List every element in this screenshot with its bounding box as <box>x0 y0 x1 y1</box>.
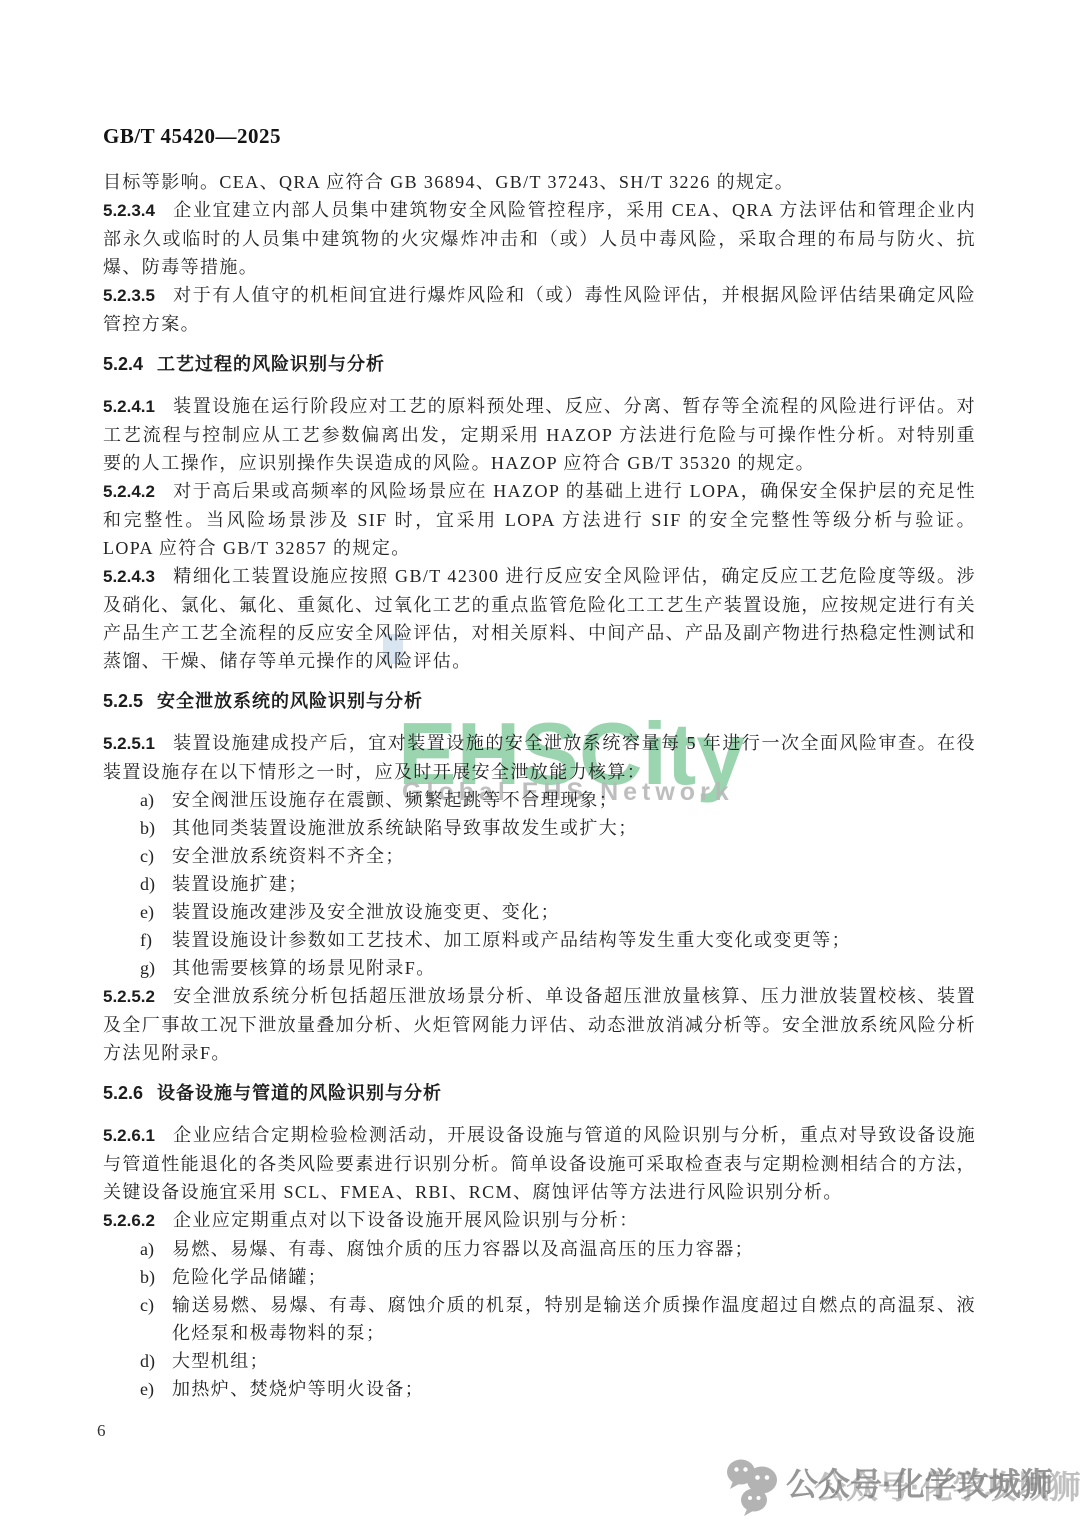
list-item: b)危险化学品储罐； <box>103 1263 976 1291</box>
list-item-letter: f) <box>140 926 152 954</box>
section-heading-5-2-5: 5.2.5安全泄放系统的风险识别与分析 <box>103 687 976 715</box>
clause-text: 安全泄放系统分析包括超压泄放场景分析、单设备超压泄放量核算、压力泄放装置校核、装… <box>103 986 976 1063</box>
list-item-text: 装置设施设计参数如工艺技术、加工原料或产品结构等发生重大变化或变更等； <box>172 930 851 950</box>
scanned-standard-page: EHSCity Global EHS Network GB/T 45420—20… <box>0 0 1080 1527</box>
list-item-letter: d) <box>140 870 155 898</box>
clause-number: 5.2.6.1 <box>103 1126 155 1145</box>
list-item: g)其他需要核算的场景见附录F。 <box>103 954 976 982</box>
heading-title: 安全泄放系统的风险识别与分析 <box>157 691 423 711</box>
list-5-2-5-1: a)安全阀泄压设施存在震颤、频繁起跳等不合理现象； b)其他同类装置设施泄放系统… <box>103 786 976 982</box>
list-item: e)加热炉、焚烧炉等明火设备； <box>103 1375 976 1403</box>
clause-5-2-5-1: 5.2.5.1装置设施建成投产后，宜对装置设施的安全泄放系统容量每 5 年进行一… <box>103 729 976 786</box>
list-item-letter: b) <box>140 1263 155 1291</box>
list-item: b)其他同类装置设施泄放系统缺陷导致事故发生或扩大； <box>103 814 976 842</box>
clause-number: 5.2.6.2 <box>103 1211 155 1230</box>
list-item-letter: d) <box>140 1347 155 1375</box>
list-item-text: 装置设施改建涉及安全泄放设施变更、变化； <box>172 902 560 922</box>
list-item-text: 大型机组； <box>172 1351 269 1371</box>
standard-number: GB/T 45420—2025 <box>103 125 976 147</box>
clause-5-2-3-5: 5.2.3.5对于有人值守的机柜间宜进行爆炸风险和（或）毒性风险评估，并根据风险… <box>103 281 976 338</box>
clause-text: 精细化工装置设施应按照 GB/T 42300 进行反应安全风险评估，确定反应工艺… <box>103 566 976 671</box>
clause-number: 5.2.5.1 <box>103 734 155 753</box>
clause-5-2-6-2: 5.2.6.2企业应定期重点对以下设备设施开展风险识别与分析： <box>103 1206 976 1235</box>
list-item-text: 危险化学品储罐； <box>172 1267 327 1287</box>
list-item-text: 加热炉、焚烧炉等明火设备； <box>172 1379 424 1399</box>
clause-number: 5.2.4.1 <box>103 397 155 416</box>
list-item: a)安全阀泄压设施存在震颤、频繁起跳等不合理现象； <box>103 786 976 814</box>
wechat-watermark-text: 公众号·化学攻城狮 公众号·化学攻城狮 <box>786 1456 1080 1516</box>
clause-number: 5.2.4.2 <box>103 482 155 501</box>
clause-text: 对于有人值守的机柜间宜进行爆炸风险和（或）毒性风险评估，并根据风险评估结果确定风… <box>103 285 976 334</box>
list-item-letter: b) <box>140 814 155 842</box>
list-item-letter: c) <box>140 1291 154 1319</box>
list-item-text: 装置设施扩建； <box>172 874 308 894</box>
list-item-text: 输送易燃、易爆、有毒、腐蚀介质的机泵，特别是输送介质操作温度超过自燃点的高温泵、… <box>172 1295 976 1343</box>
list-item-text: 易燃、易爆、有毒、腐蚀介质的压力容器以及高温高压的压力容器； <box>172 1239 754 1259</box>
list-item-text: 安全阀泄压设施存在震颤、频繁起跳等不合理现象； <box>172 790 618 810</box>
clause-number: 5.2.3.4 <box>103 201 155 220</box>
heading-title: 设备设施与管道的风险识别与分析 <box>157 1083 442 1103</box>
list-item-text: 安全泄放系统资料不齐全； <box>172 846 405 866</box>
paragraph-continuation: 目标等影响。CEA、QRA 应符合 GB 36894、GB/T 37243、SH… <box>103 168 976 196</box>
heading-number: 5.2.5 <box>103 691 143 711</box>
list-item-text: 其他同类装置设施泄放系统缺陷导致事故发生或扩大； <box>172 818 638 838</box>
clause-5-2-4-1: 5.2.4.1装置设施在运行阶段应对工艺的原料预处理、反应、分离、暂存等全流程的… <box>103 392 976 477</box>
list-item-letter: a) <box>140 1235 154 1263</box>
clause-5-2-6-1: 5.2.6.1企业应结合定期检验检测活动，开展设备设施与管道的风险识别与分析，重… <box>103 1121 976 1206</box>
clause-5-2-4-3: 5.2.4.3精细化工装置设施应按照 GB/T 42300 进行反应安全风险评估… <box>103 562 976 675</box>
clause-text: 对于高后果或高频率的风险场景应在 HAZOP 的基础上进行 LOPA，确保安全保… <box>103 481 976 558</box>
wechat-icon <box>726 1458 782 1523</box>
clause-5-2-4-2: 5.2.4.2对于高后果或高频率的风险场景应在 HAZOP 的基础上进行 LOP… <box>103 477 976 562</box>
list-item-letter: a) <box>140 786 154 814</box>
list-item-letter: e) <box>140 1375 154 1403</box>
list-item: e)装置设施改建涉及安全泄放设施变更、变化； <box>103 898 976 926</box>
list-item: d)装置设施扩建； <box>103 870 976 898</box>
clause-number: 5.2.3.5 <box>103 286 155 305</box>
clause-text: 企业宜建立内部人员集中建筑物安全风险管控程序，采用 CEA、QRA 方法评估和管… <box>103 200 976 277</box>
list-item: c)输送易燃、易爆、有毒、腐蚀介质的机泵，特别是输送介质操作温度超过自燃点的高温… <box>103 1291 976 1347</box>
list-item-text: 其他需要核算的场景见附录F。 <box>172 958 436 978</box>
list-item-letter: g) <box>140 954 155 982</box>
document-body: GB/T 45420—2025 目标等影响。CEA、QRA 应符合 GB 368… <box>0 0 1080 1445</box>
wechat-watermark: 公众号·化学攻城狮 公众号·化学攻城狮 <box>726 1456 1080 1522</box>
list-item: d)大型机组； <box>103 1347 976 1375</box>
clause-text: 装置设施在运行阶段应对工艺的原料预处理、反应、分离、暂存等全流程的风险进行评估。… <box>103 396 976 473</box>
clause-5-2-3-4: 5.2.3.4企业宜建立内部人员集中建筑物安全风险管控程序，采用 CEA、QRA… <box>103 196 976 281</box>
list-item: c)安全泄放系统资料不齐全； <box>103 842 976 870</box>
heading-number: 5.2.4 <box>103 354 143 374</box>
section-heading-5-2-4: 5.2.4工艺过程的风险识别与分析 <box>103 350 976 378</box>
list-5-2-6-2: a)易燃、易爆、有毒、腐蚀介质的压力容器以及高温高压的压力容器； b)危险化学品… <box>103 1235 976 1403</box>
wechat-watermark-text-main: 公众号·化学攻城狮 <box>786 1464 1053 1504</box>
clause-number: 5.2.4.3 <box>103 567 155 586</box>
heading-number: 5.2.6 <box>103 1083 143 1103</box>
list-item-letter: c) <box>140 842 154 870</box>
clause-text: 企业应结合定期检验检测活动，开展设备设施与管道的风险识别与分析，重点对导致设备设… <box>103 1125 976 1202</box>
section-heading-5-2-6: 5.2.6设备设施与管道的风险识别与分析 <box>103 1079 976 1107</box>
heading-title: 工艺过程的风险识别与分析 <box>157 354 385 374</box>
clause-5-2-5-2: 5.2.5.2安全泄放系统分析包括超压泄放场景分析、单设备超压泄放量核算、压力泄… <box>103 982 976 1067</box>
list-item-letter: e) <box>140 898 154 926</box>
page-number: 6 <box>97 1417 970 1445</box>
list-item: a)易燃、易爆、有毒、腐蚀介质的压力容器以及高温高压的压力容器； <box>103 1235 976 1263</box>
clause-text: 企业应定期重点对以下设备设施开展风险识别与分析： <box>173 1210 639 1230</box>
clause-number: 5.2.5.2 <box>103 987 155 1006</box>
list-item: f)装置设施设计参数如工艺技术、加工原料或产品结构等发生重大变化或变更等； <box>103 926 976 954</box>
clause-text: 装置设施建成投产后，宜对装置设施的安全泄放系统容量每 5 年进行一次全面风险审查… <box>103 733 976 782</box>
